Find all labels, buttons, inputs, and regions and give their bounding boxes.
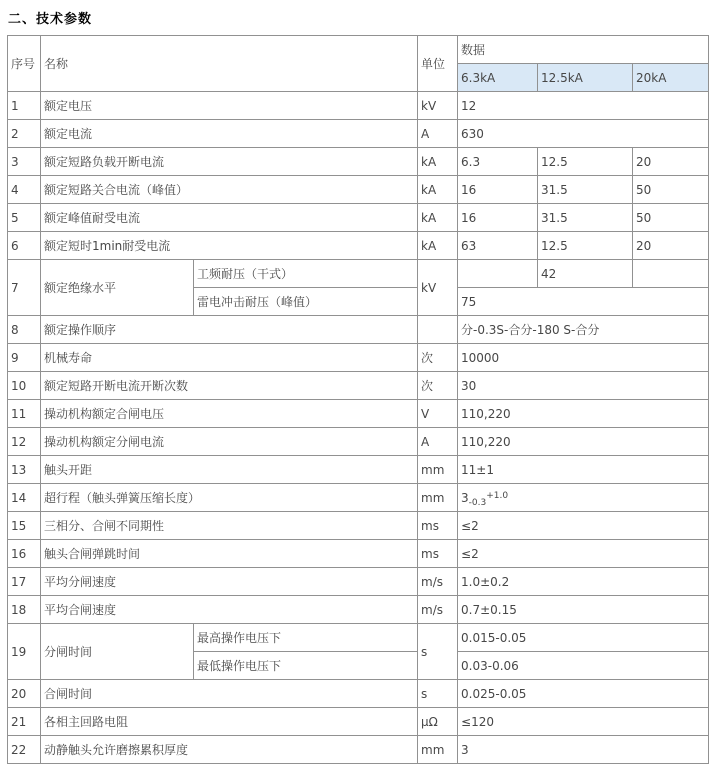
- unit-cell: A: [418, 120, 458, 148]
- unit-cell: 次: [418, 344, 458, 372]
- unit-cell: mm: [418, 456, 458, 484]
- unit-cell: A: [418, 428, 458, 456]
- param-name-cell: 合闸时间: [41, 680, 418, 708]
- value-cell: 63: [458, 232, 538, 260]
- row-number-cell: 13: [8, 456, 41, 484]
- table-row: 15三相分、合闸不同期性ms≤2: [8, 512, 709, 540]
- value-cell: 1.0±0.2: [458, 568, 709, 596]
- param-name-cell: 平均分闸速度: [41, 568, 418, 596]
- value-cell: 16: [458, 176, 538, 204]
- param-name-cell: 额定峰值耐受电流: [41, 204, 418, 232]
- row-number-cell: 7: [8, 260, 41, 316]
- row-number-cell: 14: [8, 484, 41, 512]
- value-cell: 20: [633, 148, 709, 176]
- param-name-cell: 分闸时间: [41, 624, 194, 680]
- value-cell: ≤120: [458, 708, 709, 736]
- value-cell: 0.015-0.05: [458, 624, 709, 652]
- param-name-cell: 三相分、合闸不同期性: [41, 512, 418, 540]
- unit-cell: kA: [418, 232, 458, 260]
- param-name-cell: 额定操作顺序: [41, 316, 418, 344]
- table-row: 2额定电流A630: [8, 120, 709, 148]
- value-cell: 3-0.3+1.0: [458, 484, 709, 512]
- value-cell: 11±1: [458, 456, 709, 484]
- row-number-cell: 19: [8, 624, 41, 680]
- value-cell: [458, 260, 538, 288]
- unit-cell: kA: [418, 204, 458, 232]
- value-cell: 10000: [458, 344, 709, 372]
- table-row: 8额定操作顺序分-0.3S-合分-180 S-合分: [8, 316, 709, 344]
- row-number-cell: 16: [8, 540, 41, 568]
- param-name-cell: 机械寿命: [41, 344, 418, 372]
- value-cell: 分-0.3S-合分-180 S-合分: [458, 316, 709, 344]
- param-name-cell: 额定短路负载开断电流: [41, 148, 418, 176]
- value-cell: 3: [458, 736, 709, 764]
- row-number-cell: 4: [8, 176, 41, 204]
- unit-cell: ms: [418, 540, 458, 568]
- value-cell: 16: [458, 204, 538, 232]
- value-cell: 12.5: [538, 148, 633, 176]
- row-number-cell: 21: [8, 708, 41, 736]
- value-cell: 31.5: [538, 176, 633, 204]
- unit-cell: m/s: [418, 596, 458, 624]
- unit-cell: mm: [418, 484, 458, 512]
- header-variant-3: 20kA: [633, 64, 709, 92]
- table-row: 20合闸时间s0.025-0.05: [8, 680, 709, 708]
- value-cell: 42: [538, 260, 633, 288]
- unit-cell: kV: [418, 260, 458, 316]
- header-col-unit: 单位: [418, 36, 458, 92]
- row-number-cell: 10: [8, 372, 41, 400]
- table-row: 16触头合闸弹跳时间ms≤2: [8, 540, 709, 568]
- table-row: 22动静触头允许磨擦累积厚度mm3: [8, 736, 709, 764]
- row-number-cell: 2: [8, 120, 41, 148]
- value-cell: 0.025-0.05: [458, 680, 709, 708]
- table-row: 4额定短路关合电流（峰值）kA1631.550: [8, 176, 709, 204]
- table-row: 12操动机构额定分闸电流A110,220: [8, 428, 709, 456]
- section-title: 二、技术参数: [8, 8, 715, 27]
- unit-cell: kA: [418, 148, 458, 176]
- unit-cell: ms: [418, 512, 458, 540]
- row-number-cell: 9: [8, 344, 41, 372]
- header-variant-2: 12.5kA: [538, 64, 633, 92]
- row-number-cell: 1: [8, 92, 41, 120]
- row-number-cell: 22: [8, 736, 41, 764]
- header-col-no: 序号: [8, 36, 41, 92]
- technical-parameters-table: 序号 名称 单位 数据 6.3kA 12.5kA 20kA 1额定电压kV122…: [7, 35, 709, 764]
- unit-cell: V: [418, 400, 458, 428]
- unit-cell: [418, 316, 458, 344]
- param-name-cell: 各相主回路电阻: [41, 708, 418, 736]
- param-subname-cell: 最高操作电压下: [194, 624, 418, 652]
- table-row: 19分闸时间最高操作电压下s0.015-0.05: [8, 624, 709, 652]
- value-cell: ≤2: [458, 512, 709, 540]
- page: 二、技术参数 序号 名称 单位 数据 6.3kA 12.5kA 20kA 1额: [0, 0, 715, 743]
- value-cell: 50: [633, 176, 709, 204]
- table-row: 6额定短时1min耐受电流kA6312.520: [8, 232, 709, 260]
- value-cell: 0.03-0.06: [458, 652, 709, 680]
- unit-cell: kV: [418, 92, 458, 120]
- row-number-cell: 6: [8, 232, 41, 260]
- param-name-cell: 额定电压: [41, 92, 418, 120]
- row-number-cell: 18: [8, 596, 41, 624]
- table-row: 10额定短路开断电流开断次数次30: [8, 372, 709, 400]
- row-number-cell: 8: [8, 316, 41, 344]
- param-name-cell: 触头合闸弹跳时间: [41, 540, 418, 568]
- table-body: 1额定电压kV122额定电流A6303额定短路负载开断电流kA6.312.520…: [8, 92, 709, 764]
- value-cell: 630: [458, 120, 709, 148]
- param-name-cell: 超行程（触头弹簧压缩长度）: [41, 484, 418, 512]
- unit-cell: m/s: [418, 568, 458, 596]
- unit-cell: s: [418, 624, 458, 680]
- param-name-cell: 操动机构额定分闸电流: [41, 428, 418, 456]
- param-name-cell: 操动机构额定合闸电压: [41, 400, 418, 428]
- header-col-name: 名称: [41, 36, 418, 92]
- param-name-cell: 额定电流: [41, 120, 418, 148]
- param-subname-cell: 雷电冲击耐压（峰值）: [194, 288, 418, 316]
- param-name-cell: 触头开距: [41, 456, 418, 484]
- unit-cell: mm: [418, 736, 458, 764]
- table-row: 9机械寿命次10000: [8, 344, 709, 372]
- param-subname-cell: 工频耐压（干式）: [194, 260, 418, 288]
- row-number-cell: 15: [8, 512, 41, 540]
- table-row: 18平均合闸速度m/s0.7±0.15: [8, 596, 709, 624]
- row-number-cell: 3: [8, 148, 41, 176]
- value-cell: 12.5: [538, 232, 633, 260]
- value-cell: 0.7±0.15: [458, 596, 709, 624]
- table-row: 3额定短路负载开断电流kA6.312.520: [8, 148, 709, 176]
- value-cell: 31.5: [538, 204, 633, 232]
- value-cell: 50: [633, 204, 709, 232]
- table-row: 11操动机构额定合闸电压V110,220: [8, 400, 709, 428]
- param-subname-cell: 最低操作电压下: [194, 652, 418, 680]
- header-row-main: 序号 名称 单位 数据: [8, 36, 709, 64]
- value-cell: ≤2: [458, 540, 709, 568]
- param-name-cell: 额定短时1min耐受电流: [41, 232, 418, 260]
- table-row: 17平均分闸速度m/s1.0±0.2: [8, 568, 709, 596]
- value-cell: 12: [458, 92, 709, 120]
- header-variant-1: 6.3kA: [458, 64, 538, 92]
- row-number-cell: 5: [8, 204, 41, 232]
- header-col-data: 数据: [458, 36, 709, 64]
- value-cell: 6.3: [458, 148, 538, 176]
- value-cell: 20: [633, 232, 709, 260]
- value-cell: 110,220: [458, 400, 709, 428]
- value-cell: 110,220: [458, 428, 709, 456]
- param-name-cell: 额定短路开断电流开断次数: [41, 372, 418, 400]
- param-name-cell: 平均合闸速度: [41, 596, 418, 624]
- table-row: 14超行程（触头弹簧压缩长度）mm3-0.3+1.0: [8, 484, 709, 512]
- row-number-cell: 12: [8, 428, 41, 456]
- row-number-cell: 20: [8, 680, 41, 708]
- unit-cell: kA: [418, 176, 458, 204]
- row-number-cell: 17: [8, 568, 41, 596]
- table-header: 序号 名称 单位 数据 6.3kA 12.5kA 20kA: [8, 36, 709, 92]
- table-row: 1额定电压kV12: [8, 92, 709, 120]
- param-name-cell: 动静触头允许磨擦累积厚度: [41, 736, 418, 764]
- param-name-cell: 额定短路关合电流（峰值）: [41, 176, 418, 204]
- table-row: 13触头开距mm11±1: [8, 456, 709, 484]
- unit-cell: μΩ: [418, 708, 458, 736]
- param-name-cell: 额定绝缘水平: [41, 260, 194, 316]
- unit-cell: s: [418, 680, 458, 708]
- value-cell: 30: [458, 372, 709, 400]
- unit-cell: 次: [418, 372, 458, 400]
- value-cell: 75: [458, 288, 709, 316]
- table-row: 5额定峰值耐受电流kA1631.550: [8, 204, 709, 232]
- row-number-cell: 11: [8, 400, 41, 428]
- value-cell: [633, 260, 709, 288]
- table-row: 7额定绝缘水平工频耐压（干式）kV42: [8, 260, 709, 288]
- table-row: 21各相主回路电阻μΩ≤120: [8, 708, 709, 736]
